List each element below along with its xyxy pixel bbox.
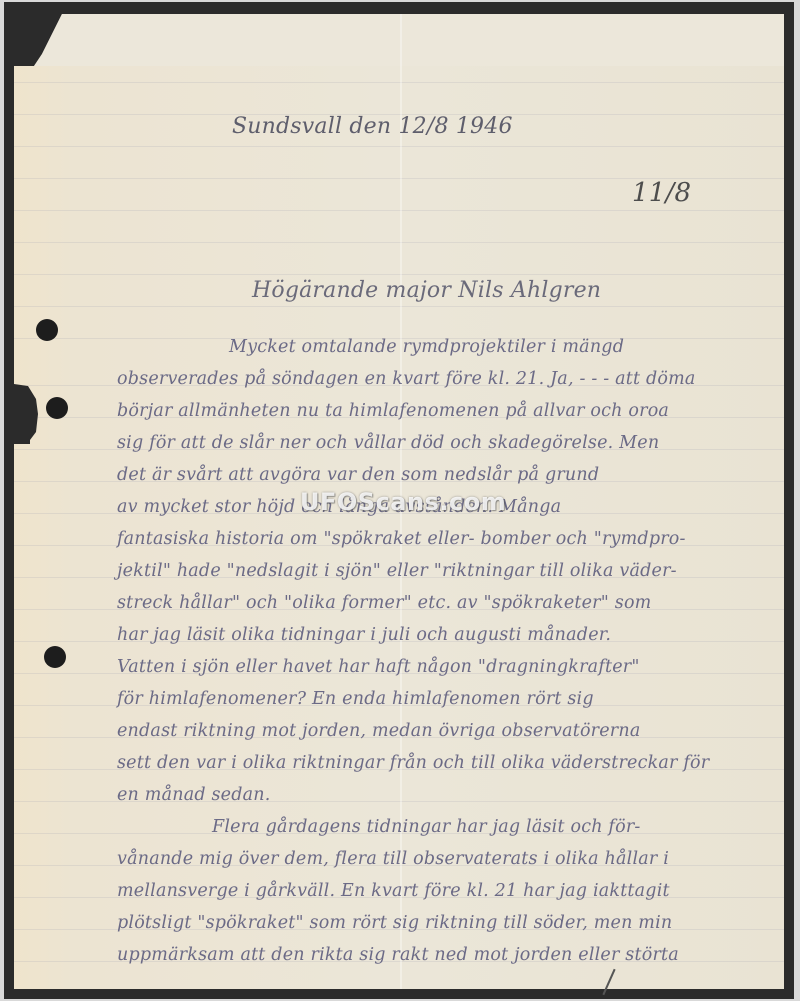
punch-hole-icon	[46, 397, 68, 419]
body-line: en månad sedan.	[117, 787, 271, 805]
body-line: plötsligt "spökraket" som rört sig riktn…	[117, 915, 672, 933]
body-line: fantasiska historia om "spökraket eller-…	[117, 531, 686, 549]
punch-hole-icon	[44, 646, 66, 668]
salutation: Högärande major Nils Ahlgren	[252, 278, 601, 303]
body-line: vånande mig över dem, flera till observa…	[117, 851, 669, 869]
place-date: Sundsvall den 12/8 1946	[232, 114, 513, 139]
body-line: har jag läsit olika tidningar i juli och…	[117, 627, 611, 645]
body-line: endast riktning mot jorden, medan övriga…	[117, 723, 640, 741]
body-line: Vatten i sjön eller havet har haft någon…	[117, 659, 640, 677]
body-line: börjar allmänheten nu ta himlafenomenen …	[117, 403, 669, 421]
paper-top-band	[14, 14, 784, 66]
body-line: uppmärksam att den rikta sig rakt ned mo…	[117, 947, 679, 965]
body-line: Mycket omtalande rymdprojektiler i mängd	[229, 339, 624, 357]
watermark: UFOScans.com	[300, 488, 506, 516]
date-annotation: 11/8	[632, 178, 691, 208]
body-line: det är svårt att avgöra var den som neds…	[117, 467, 599, 485]
body-line: för himlafenomener? En enda himlafenomen…	[117, 691, 594, 709]
body-line: sig för att de slår ner och vållar död o…	[117, 435, 659, 453]
body-line: streck hållar" och "olika former" etc. a…	[117, 595, 651, 613]
body-line: sett den var i olika riktningar från och…	[117, 755, 709, 773]
body-line: jektil" hade "nedslagit i sjön" eller "r…	[117, 563, 677, 581]
punch-hole-icon	[36, 319, 58, 341]
body-line: observerades på söndagen en kvart före k…	[117, 371, 696, 389]
body-line: Flera gårdagens tidningar har jag läsit …	[212, 819, 641, 837]
body-line: mellansverge i gårkväll. En kvart före k…	[117, 883, 670, 901]
